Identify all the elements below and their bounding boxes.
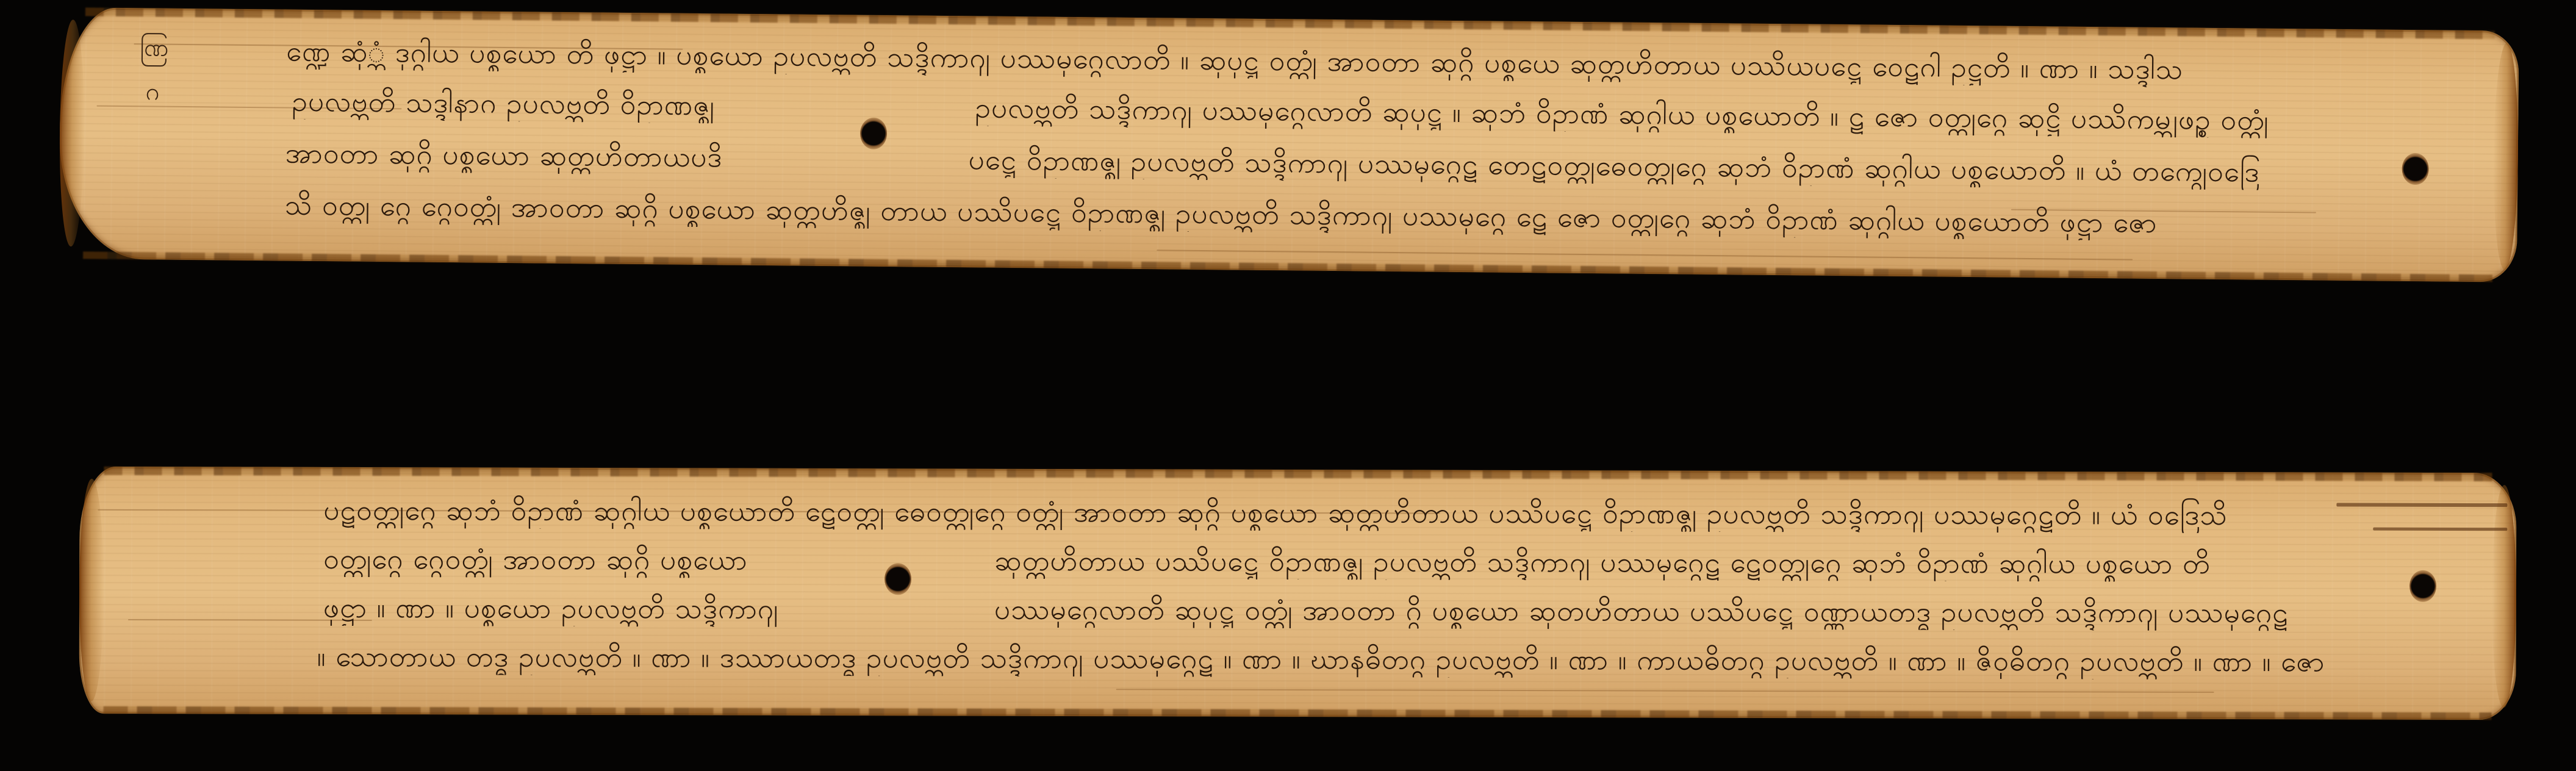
leaf-bottom-edge-damage xyxy=(83,251,2492,282)
string-hole-left xyxy=(884,563,911,595)
leaf-left-edge-damage xyxy=(59,20,85,246)
string-hole-left xyxy=(860,118,887,149)
leaf-top-edge-damage xyxy=(104,467,2492,481)
palm-leaf-folio-bottom: ပဋဝတ္ထုဂ္ဂေ ဆုဘံ ဝိဥာဏံ ဆုဂ္ဂါယ ပစ္စယောတ… xyxy=(79,467,2516,720)
manuscript-line-3-left: အာဝတာ ဆုဂ္ဂိ ပစ္စယော ဆုတ္တဟိတာယပဒိ xyxy=(285,135,834,177)
manuscript-line-3-left: ဖုဋ္ဌာ ။ ဏာ ။ ပစ္စယော ဥပလဗ္ဘတိ သဒ္ဒိကာဂျ xyxy=(323,589,872,627)
palm-leaf-folio-top: ဏြ ဂ ဏ္ဍေ ဆုံ္ဘံ ဒုဂ္ဂါယ ပစ္စယော တိ ဖုဋ္… xyxy=(59,7,2519,282)
manuscript-line-4: သိ ဝတ္ထု ဂ္ဂေ ဂ္ဂေဝတ္ထုံ အာဝတာ ဆုဂ္ဂိ ပစ… xyxy=(285,187,2383,243)
manuscript-line-2-right: ဥပလဗ္ဘတိ သဒ္ဒိကာဂျ ပဿမုဂ္ဂေလာတိ ဆုပုဋ္ဋ … xyxy=(975,89,2372,139)
manuscript-line-3-right: ပဋ္ဋေ ဝိဥာဏဇ္ဈ ဥပလဗ္ဘတိ သဒ္ဒိကာဂျ ပဿမုဂ္… xyxy=(968,141,2371,191)
leaf-right-edge-damage xyxy=(2492,43,2519,270)
folio-margin-mark: ဏြ xyxy=(140,32,169,63)
manuscript-line-1: ပဋဝတ္ထုဂ္ဂေ ဆုဘံ ဝိဥာဏံ ဆုဂ္ဂါယ ပစ္စယောတ… xyxy=(323,492,2391,534)
leaf-fiber-line xyxy=(1157,249,2133,260)
manuscript-line-3-right: ပဿမုဂ္ဂေလာတိ ဆုပုဋ္ဋ ဝတ္ထုံ အာဝတာ ဂ္ဂိ ပ… xyxy=(994,591,2385,631)
string-hole-right xyxy=(2402,153,2428,185)
leaf-right-edge-damage xyxy=(2492,485,2517,708)
leaf-left-edge-damage xyxy=(79,479,104,701)
leaf-crack xyxy=(2373,528,2507,531)
manuscript-line-2-left: ဥပလဗ္ဘတိ သဒ္ဒါနာဂ ဥပလဗ္ဘတိ ဝိဥာဏဇ္ဈ xyxy=(292,83,859,125)
folio-number-mark: ဂ xyxy=(145,76,159,107)
manuscript-line-1: ဏ္ဍေ ဆုံ္ဘံ ဒုဂ္ဂါယ ပစ္စယော တိ ဖုဋ္ဌာ ။ … xyxy=(286,33,2372,90)
string-hole-right xyxy=(2409,570,2436,602)
manuscript-line-2-right: ဆုတ္တဟိတာယ ပဿိပဋ္ဋေ ဝိဥာဏဇ္ဈ ဥပလဗ္ဘတိ သဒ… xyxy=(994,542,2385,583)
manuscript-line-4: ။ သောတာယ တဒ္ဓ ဥပလဗ္ဘတိ ။ ဏာ ။ ဒဿာယတဒ္ဓ ဥ… xyxy=(317,638,2385,680)
manuscript-line-2-left: ဝတ္ထုဂ္ဂေ ဂ္ဂေဝတ္ထုံ အာဝတာ ဆုဂ္ဂိ ပစ္စယေ… xyxy=(323,540,872,578)
leaf-bottom-edge-damage xyxy=(103,706,2491,720)
leaf-fiber-line xyxy=(1116,689,2214,693)
